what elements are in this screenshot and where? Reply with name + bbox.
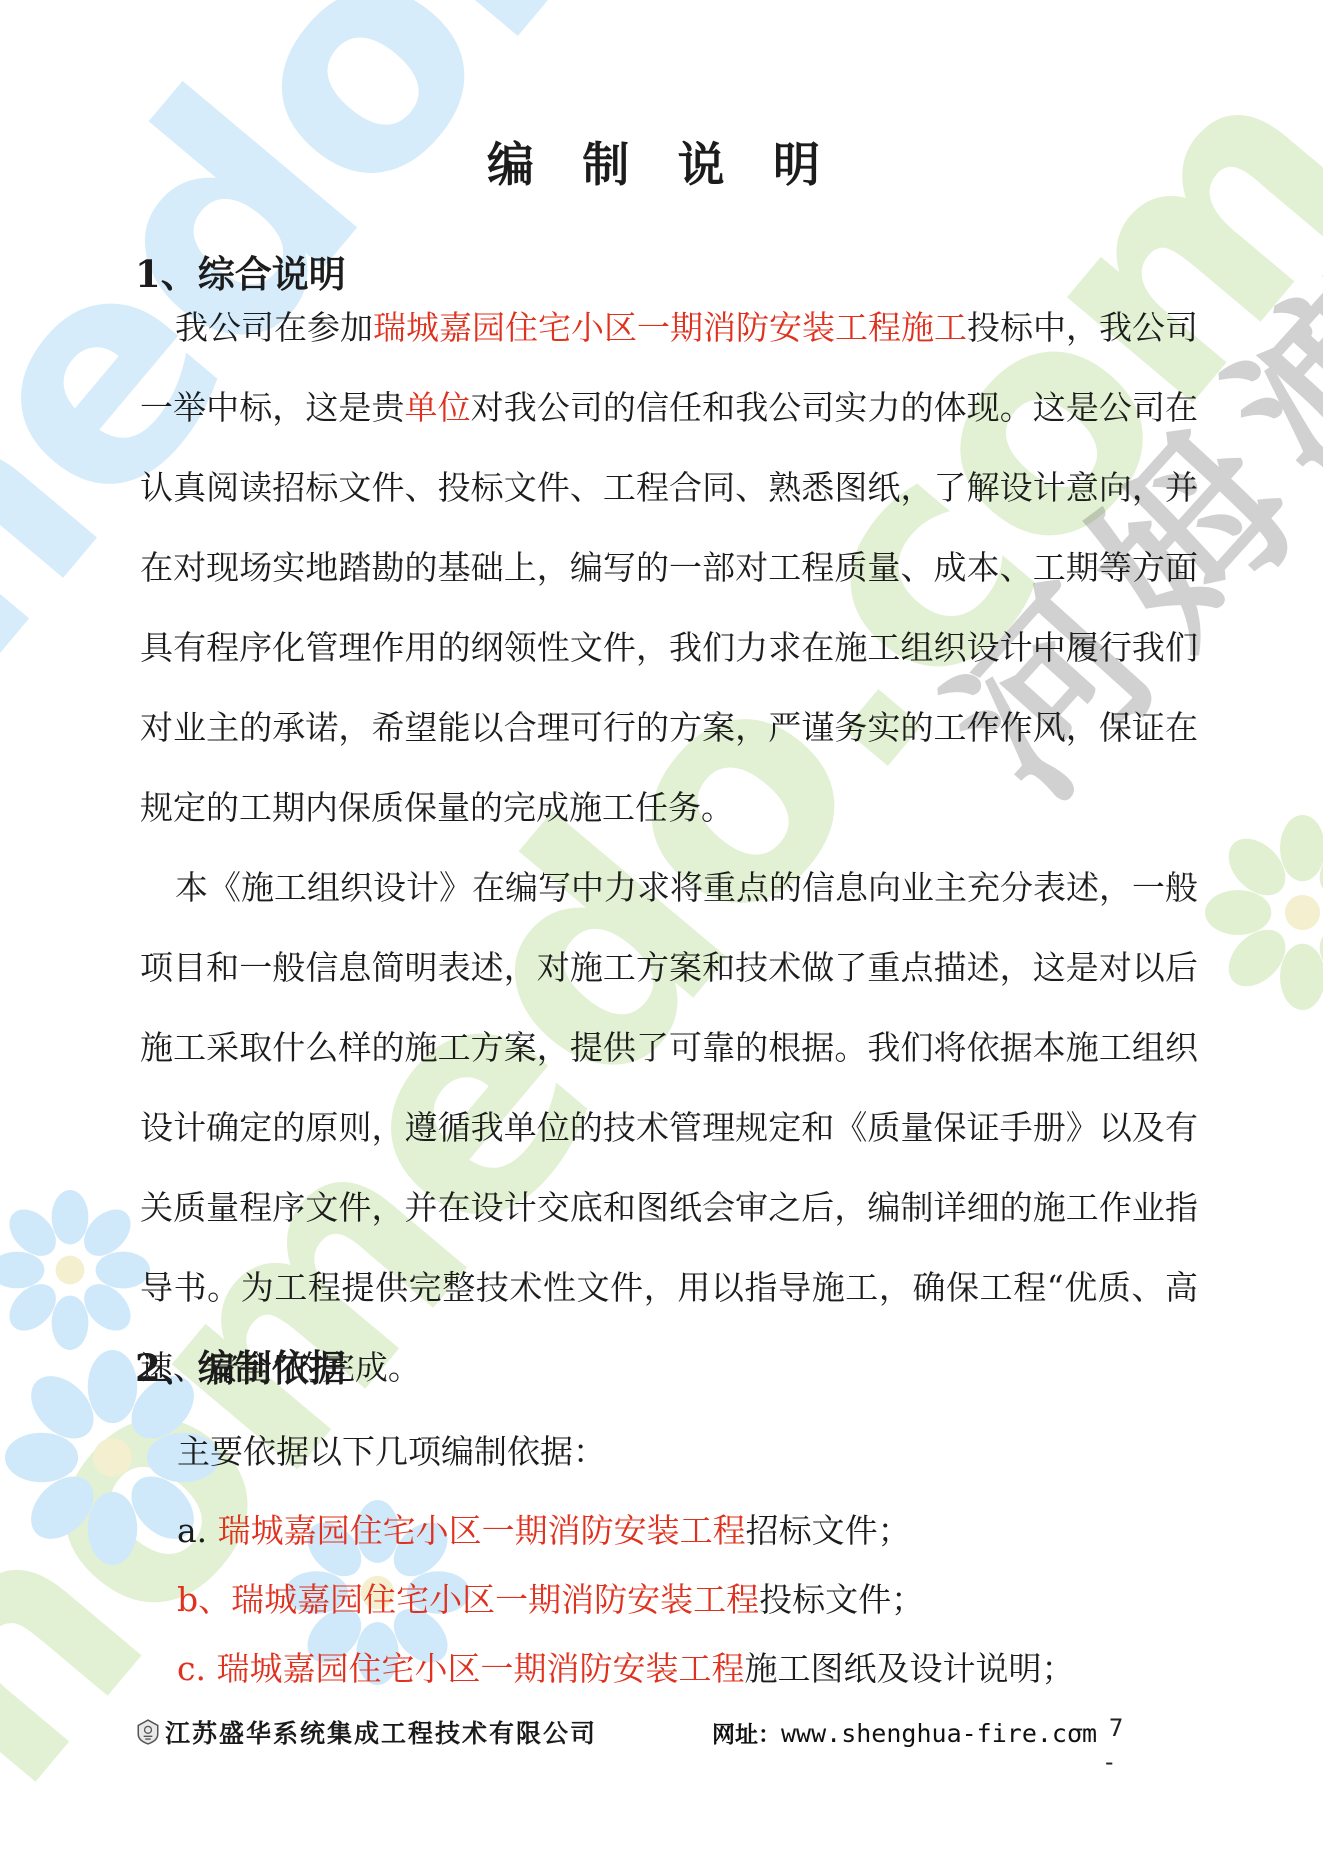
footer-website: 网址：www.shenghua-fire.com (712, 1716, 1097, 1749)
text-run: 我公司在参加 (175, 308, 373, 347)
page-title: 编 制 说 明 (0, 128, 1323, 195)
text-run: 对我公司的信任和我公司实力的体现。这是公司在认真阅读招标文件、投标文件、工程合同… (140, 388, 1198, 827)
text-run: b、瑞城嘉园住宅小区一期消防安装工程 (177, 1580, 759, 1619)
text-run: 招标文件； (746, 1511, 911, 1550)
reference-item-a: a. 瑞城嘉园住宅小区一期消防安装工程招标文件； (177, 1496, 1307, 1565)
reference-item-b: b、瑞城嘉园住宅小区一期消防安装工程投标文件； (177, 1565, 1307, 1634)
website-label: 网址： (712, 1722, 781, 1748)
paragraph-1: 我公司在参加瑞城嘉园住宅小区一期消防安装工程施工投标中，我公司一举中标，这是贵单… (140, 288, 1198, 848)
reference-item-c: c. 瑞城嘉园住宅小区一期消防安装工程施工图纸及设计说明； (177, 1634, 1307, 1703)
document-page: homedo.com homedo.com 河姆渡 (0, 0, 1323, 1871)
text-run: 单位 (405, 388, 471, 427)
company-seal-icon (135, 1719, 161, 1745)
footer-company-name: 江苏盛华系统集成工程技术有限公司 (165, 1714, 597, 1750)
reference-list: a. 瑞城嘉园住宅小区一期消防安装工程招标文件； b、瑞城嘉园住宅小区一期消防安… (177, 1496, 1307, 1703)
paragraph-2: 本《施工组织设计》在编写中力求将重点的信息向业主充分表述，一般项目和一般信息简明… (140, 848, 1198, 1408)
website-url[interactable]: www.shenghua-fire.com (781, 1719, 1097, 1748)
text-run: 投标文件； (759, 1580, 924, 1619)
section-2-intro: 主要依据以下几项编制依据： (177, 1430, 606, 1474)
text-run: c. 瑞城嘉园住宅小区一期消防安装工程 (177, 1649, 744, 1688)
text-run: 瑞城嘉园住宅小区一期消防安装工程 (218, 1511, 746, 1550)
page-number-continuation: - (1102, 1748, 1116, 1776)
text-run: 瑞城嘉园住宅小区一期消防安装工程施工 (373, 308, 967, 347)
document-content: 编 制 说 明 1、综合说明 我公司在参加瑞城嘉园住宅小区一期消防安装工程施工投… (0, 0, 1323, 1871)
text-run: a. (177, 1511, 218, 1550)
page-footer: 江苏盛华系统集成工程技术有限公司 网址：www.shenghua-fire.co… (0, 1706, 1323, 1776)
page-number: - 7 (1072, 1714, 1127, 1742)
text-run: 本《施工组织设计》在编写中力求将重点的信息向业主充分表述，一般项目和一般信息简明… (140, 868, 1198, 1387)
footer-company-block: 江苏盛华系统集成工程技术有限公司 (135, 1714, 597, 1750)
section-2-heading: 2、编制依据 (135, 1338, 346, 1392)
text-run: 施工图纸及设计说明； (744, 1649, 1074, 1688)
